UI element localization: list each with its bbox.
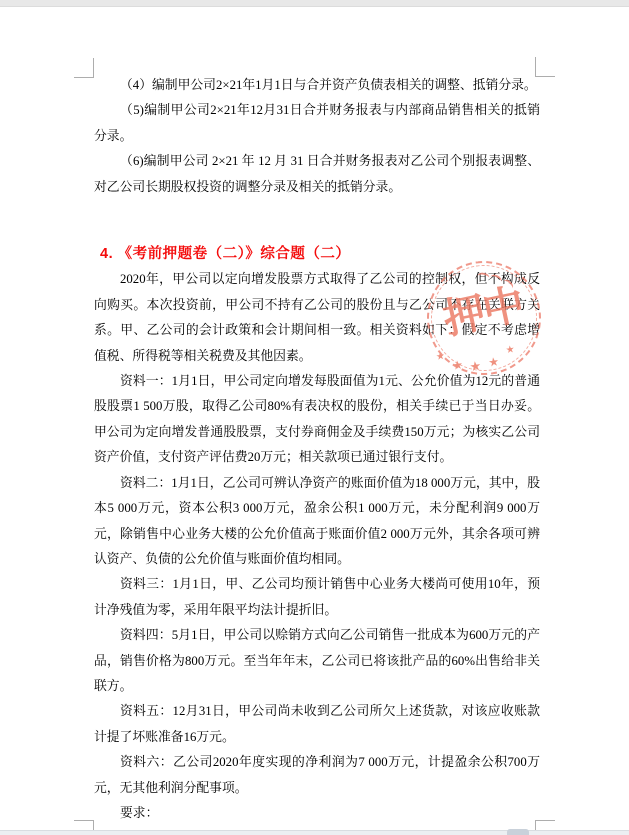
requirement-label: 要求： — [94, 801, 540, 826]
scrollbar-thumb[interactable] — [507, 829, 529, 835]
paragraph-material-3: 资料三：1月1日，甲、乙公司均预计销售中心业务大楼尚可使用10年，预计净残值为零… — [94, 572, 540, 623]
document-page: （4）编制甲公司2×21年1月1日与合并资产负债表相关的调整、抵销分录。 （5)… — [0, 0, 629, 835]
paragraph-material-4: 资料四：5月1日，甲公司以赊销方式向乙公司销售一批成本为600万元的产品，销售价… — [94, 623, 540, 699]
exercise-item-4: （4）编制甲公司2×21年1月1日与合并资产负债表相关的调整、抵销分录。 — [94, 73, 540, 98]
section-heading: 4. 《考前押题卷（二）》综合题（二） — [94, 242, 540, 267]
exercise-item-6: （6)编制甲公司 2×21 年 12 月 31 日合并财务报表对乙公司个别报表调… — [94, 149, 540, 200]
paragraph-material-1: 资料一：1月1日，甲公司定向增发每股面值为1元、公允价值为12元的普通股股票1 … — [94, 369, 540, 471]
paragraph-material-5: 资料五：12月31日，甲公司尚未收到乙公司所欠上述货款，对该应收账款计提了坏账准… — [94, 699, 540, 750]
crop-mark-top-left-icon — [74, 58, 94, 78]
exercise-item-5: （5)编制甲公司2×21年12月31日合并财务报表与内部商品销售相关的抵销分录。 — [94, 98, 540, 149]
paragraph-material-6: 资料六：乙公司2020年度实现的净利润为7 000万元，计提盈余公积700万元，… — [94, 750, 540, 801]
content-area: （4）编制甲公司2×21年1月1日与合并资产负债表相关的调整、抵销分录。 （5)… — [94, 0, 540, 826]
paragraph-intro: 2020年，甲公司以定向增发股票方式取得了乙公司的控制权，但不构成反向购买。本次… — [94, 267, 540, 369]
page-gap-bottom — [0, 830, 629, 835]
paragraph-material-2: 资料二：1月1日，乙公司可辨认净资产的账面价值为18 000万元，其中，股本5 … — [94, 471, 540, 573]
